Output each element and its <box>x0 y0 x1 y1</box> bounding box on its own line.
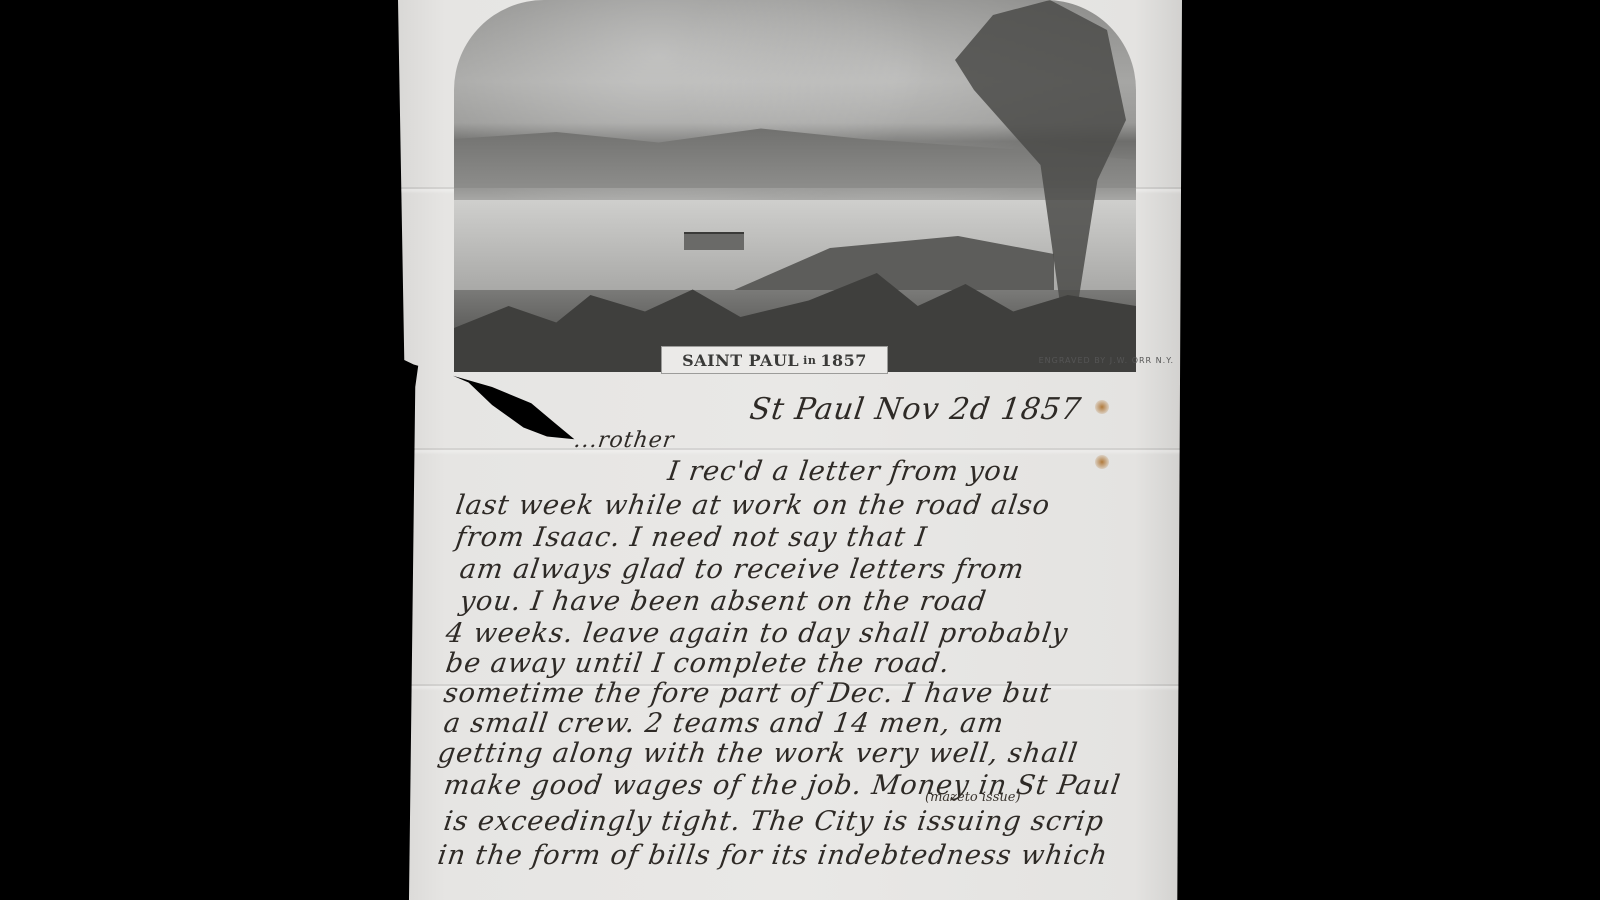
engraver-credit: ENGRAVED BY J.W. ORR N.Y. <box>1039 356 1174 365</box>
saint-paul-engraving <box>454 0 1136 372</box>
black-background: SAINT PAUL in 1857 ENGRAVED BY J.W. ORR … <box>0 0 1600 900</box>
foxing-stain <box>1095 400 1109 414</box>
caption-in: in <box>803 354 816 367</box>
letter-line: in the form of bills for its indebtednes… <box>436 840 1110 871</box>
letter-line: is exceedingly tight. The City is issuin… <box>442 806 1106 837</box>
letter-line: 4 weeks. leave again to day shall probab… <box>444 618 1070 649</box>
letter-line: be away until I complete the road. <box>444 648 952 679</box>
letter-line: make good wages of the job. Money in St … <box>442 770 1123 801</box>
insertion-note: (mazeto issue) <box>925 790 1021 805</box>
letter-line: last week while at work on the road also <box>454 490 1052 521</box>
foxing-stain <box>1095 455 1109 469</box>
letter-sheet: SAINT PAUL in 1857 ENGRAVED BY J.W. ORR … <box>398 0 1182 900</box>
letter-line: you. I have been absent on the road <box>458 586 989 617</box>
engraving-steamboat <box>684 232 744 250</box>
salutation: ...rother <box>572 428 676 453</box>
letter-line: a small crew. 2 teams and 14 men, am <box>442 708 1006 739</box>
letter-line: am always glad to receive letters from <box>458 554 1027 585</box>
letter-line: from Isaac. I need not say that I <box>454 522 929 553</box>
fold-crease <box>398 448 1182 450</box>
caption-year: 1857 <box>820 351 867 370</box>
engraving-caption: SAINT PAUL in 1857 <box>661 346 888 374</box>
letter-line: getting along with the work very well, s… <box>436 738 1080 769</box>
letter-line: sometime the fore part of Dec. I have bu… <box>442 678 1054 709</box>
caption-main: SAINT PAUL <box>682 351 799 370</box>
dateline: St Paul Nov 2d 1857 <box>748 392 1084 427</box>
letter-line: I rec'd a letter from you <box>666 456 1023 487</box>
